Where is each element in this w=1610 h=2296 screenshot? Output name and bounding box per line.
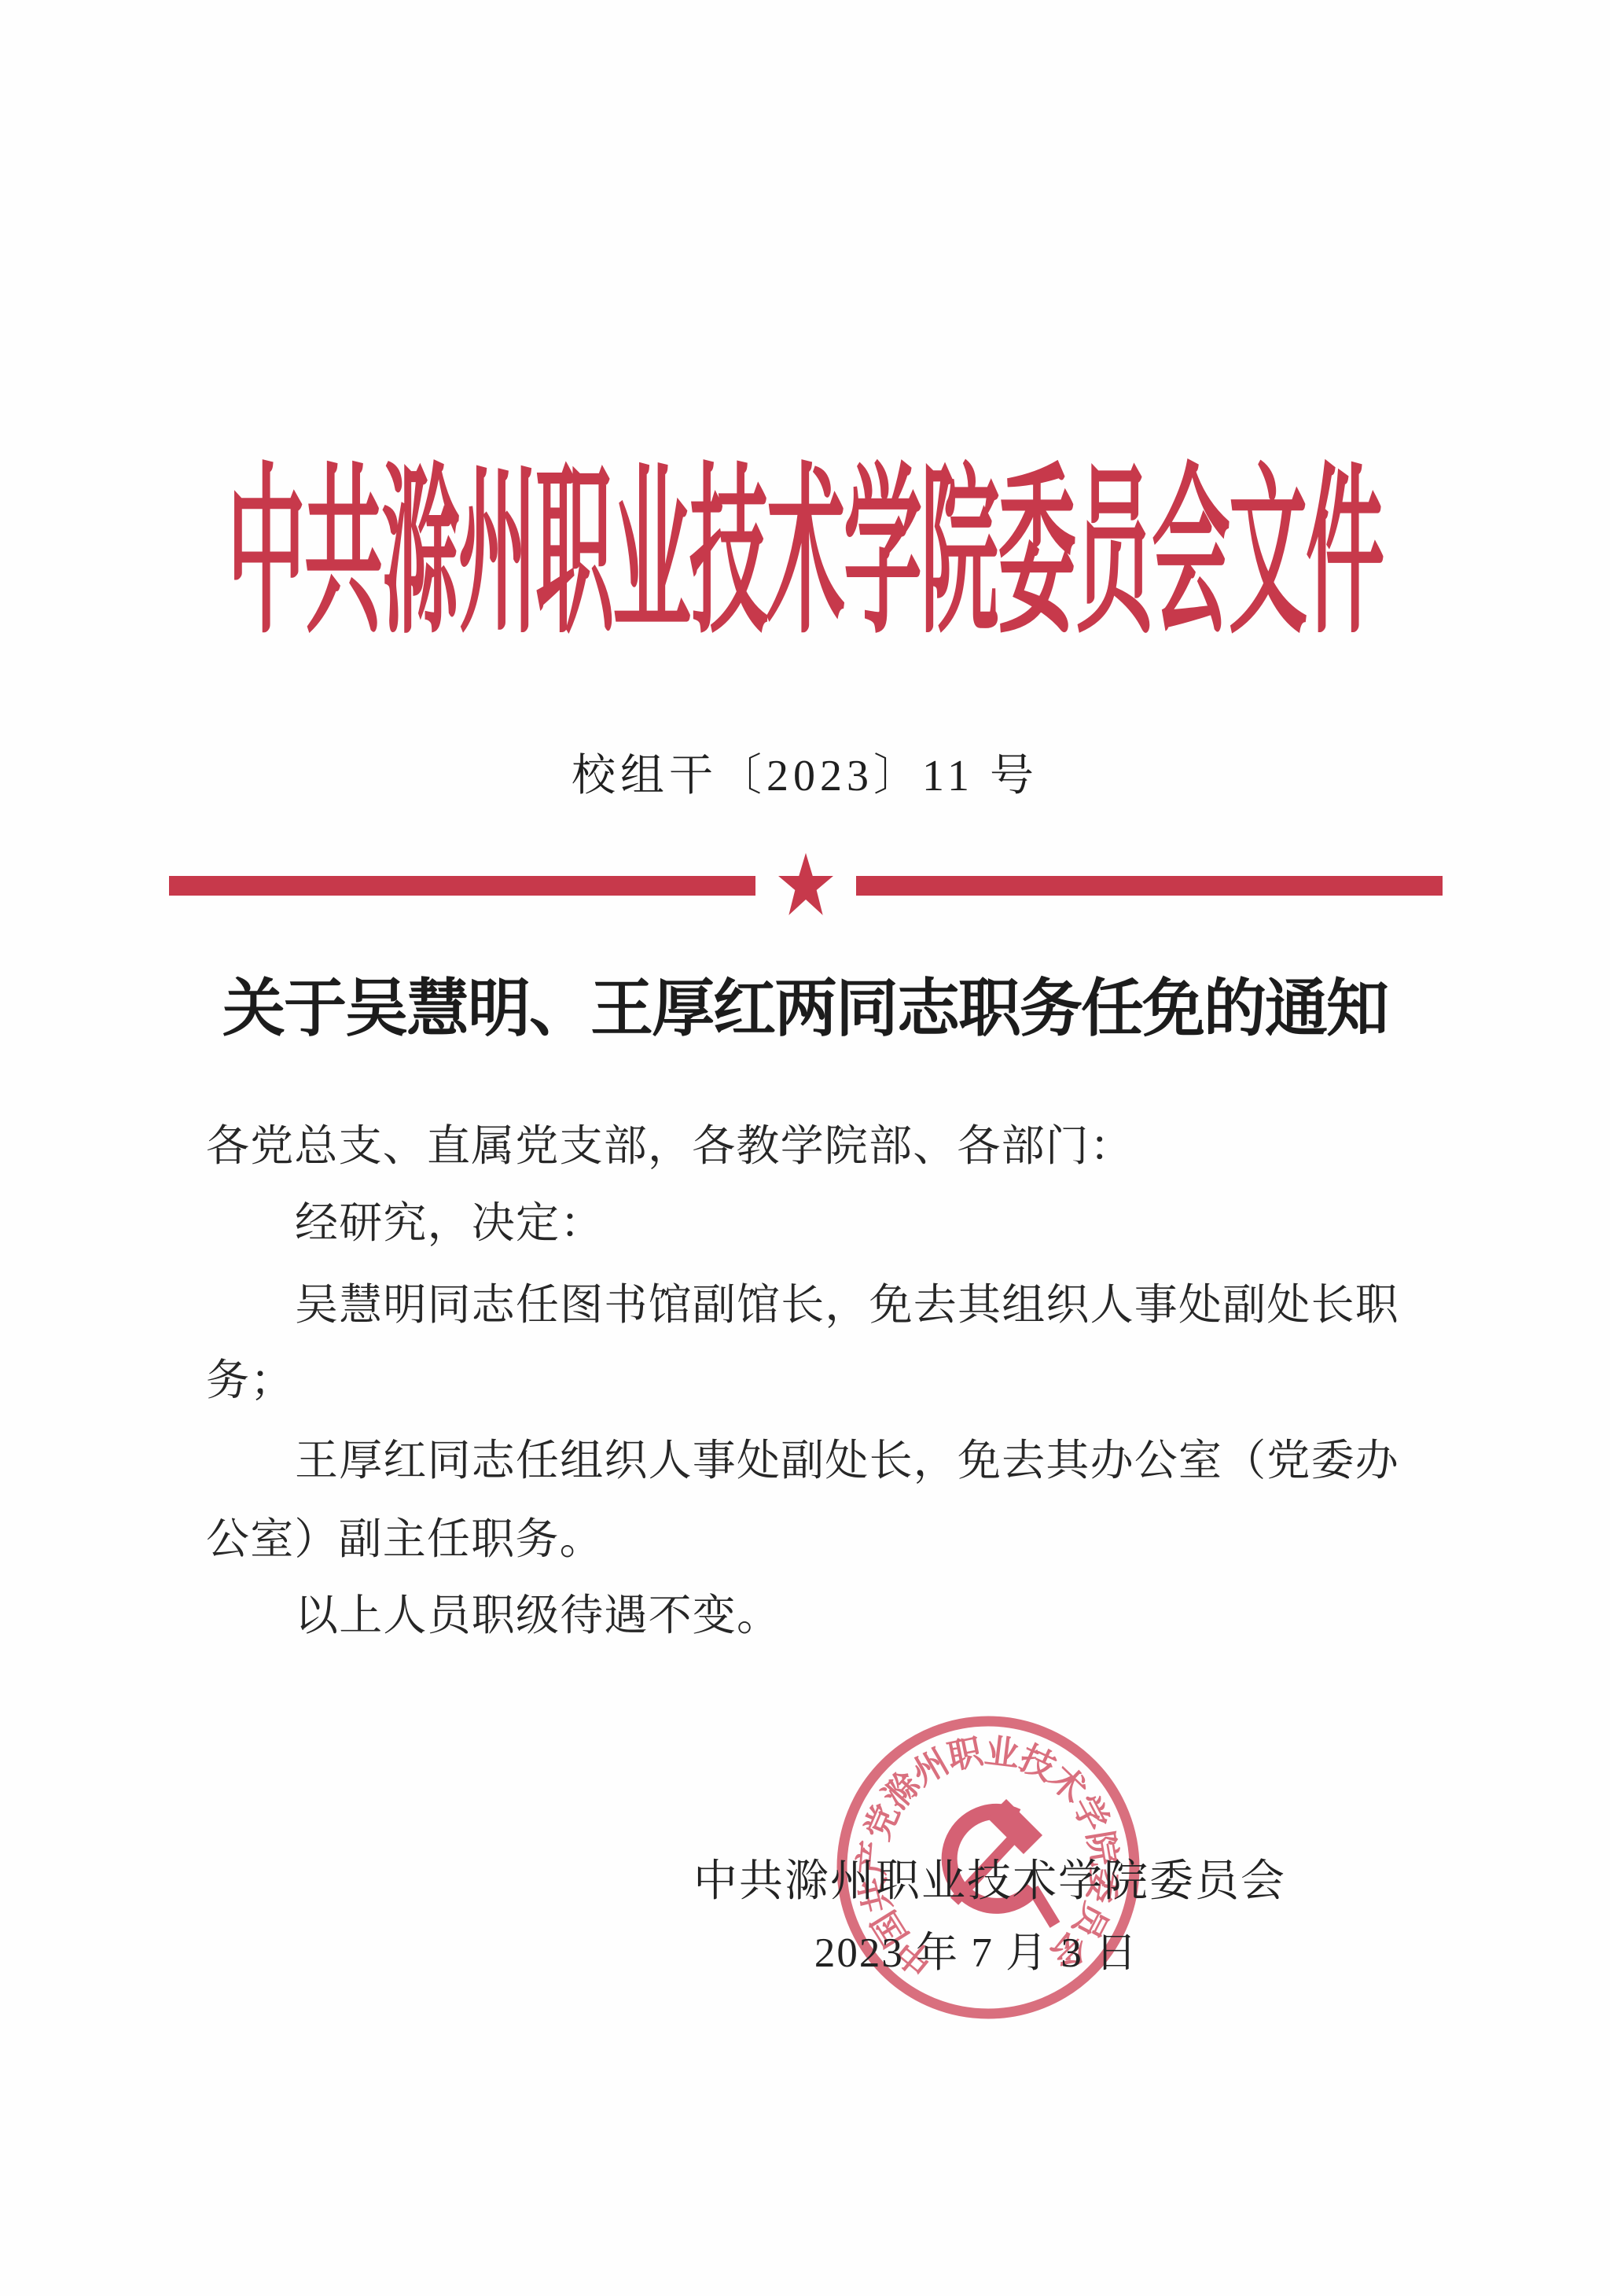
body-line: 王厚红同志任组织人事处副处长，免去其办公室（党委办	[295, 1437, 1399, 1485]
divider-star-gap	[755, 852, 856, 919]
red-divider-rule	[169, 852, 1443, 919]
body-line: 务；	[206, 1356, 294, 1405]
document-number: 校组干〔2023〕11 号	[0, 741, 1610, 804]
divider-bar-left	[169, 876, 755, 896]
issue-date: 2023 年 7 月 3 日	[356, 1919, 1597, 1979]
body-line: 公室）副主任职务。	[206, 1515, 604, 1564]
body-line: 经研究，决定：	[295, 1199, 604, 1248]
red-header-banner: 中共滁州职业技术学院委员会文件	[0, 464, 1610, 565]
notice-title: 关于吴慧明、王厚红两同志职务任免的通知	[0, 958, 1610, 1048]
divider-bar-right	[856, 876, 1443, 896]
body-line: 以上人员职级待遇不变。	[295, 1591, 781, 1640]
issuer-signature: 中共滁州职业技术学院委员会	[369, 1846, 1610, 1909]
star-icon	[776, 852, 836, 919]
org-title-text: 中共滁州职业技术学院委员会文件	[227, 464, 1383, 646]
body-line: 各党总支、直属党支部，各教学院部、各部门：	[206, 1122, 1134, 1171]
body-line: 吴慧明同志任图书馆副馆长，免去其组织人事处副处长职	[295, 1281, 1399, 1330]
document-page: 中共滁州职业技术学院委员会文件 校组干〔2023〕11 号 关于吴慧明、王厚红两…	[0, 0, 1610, 2296]
